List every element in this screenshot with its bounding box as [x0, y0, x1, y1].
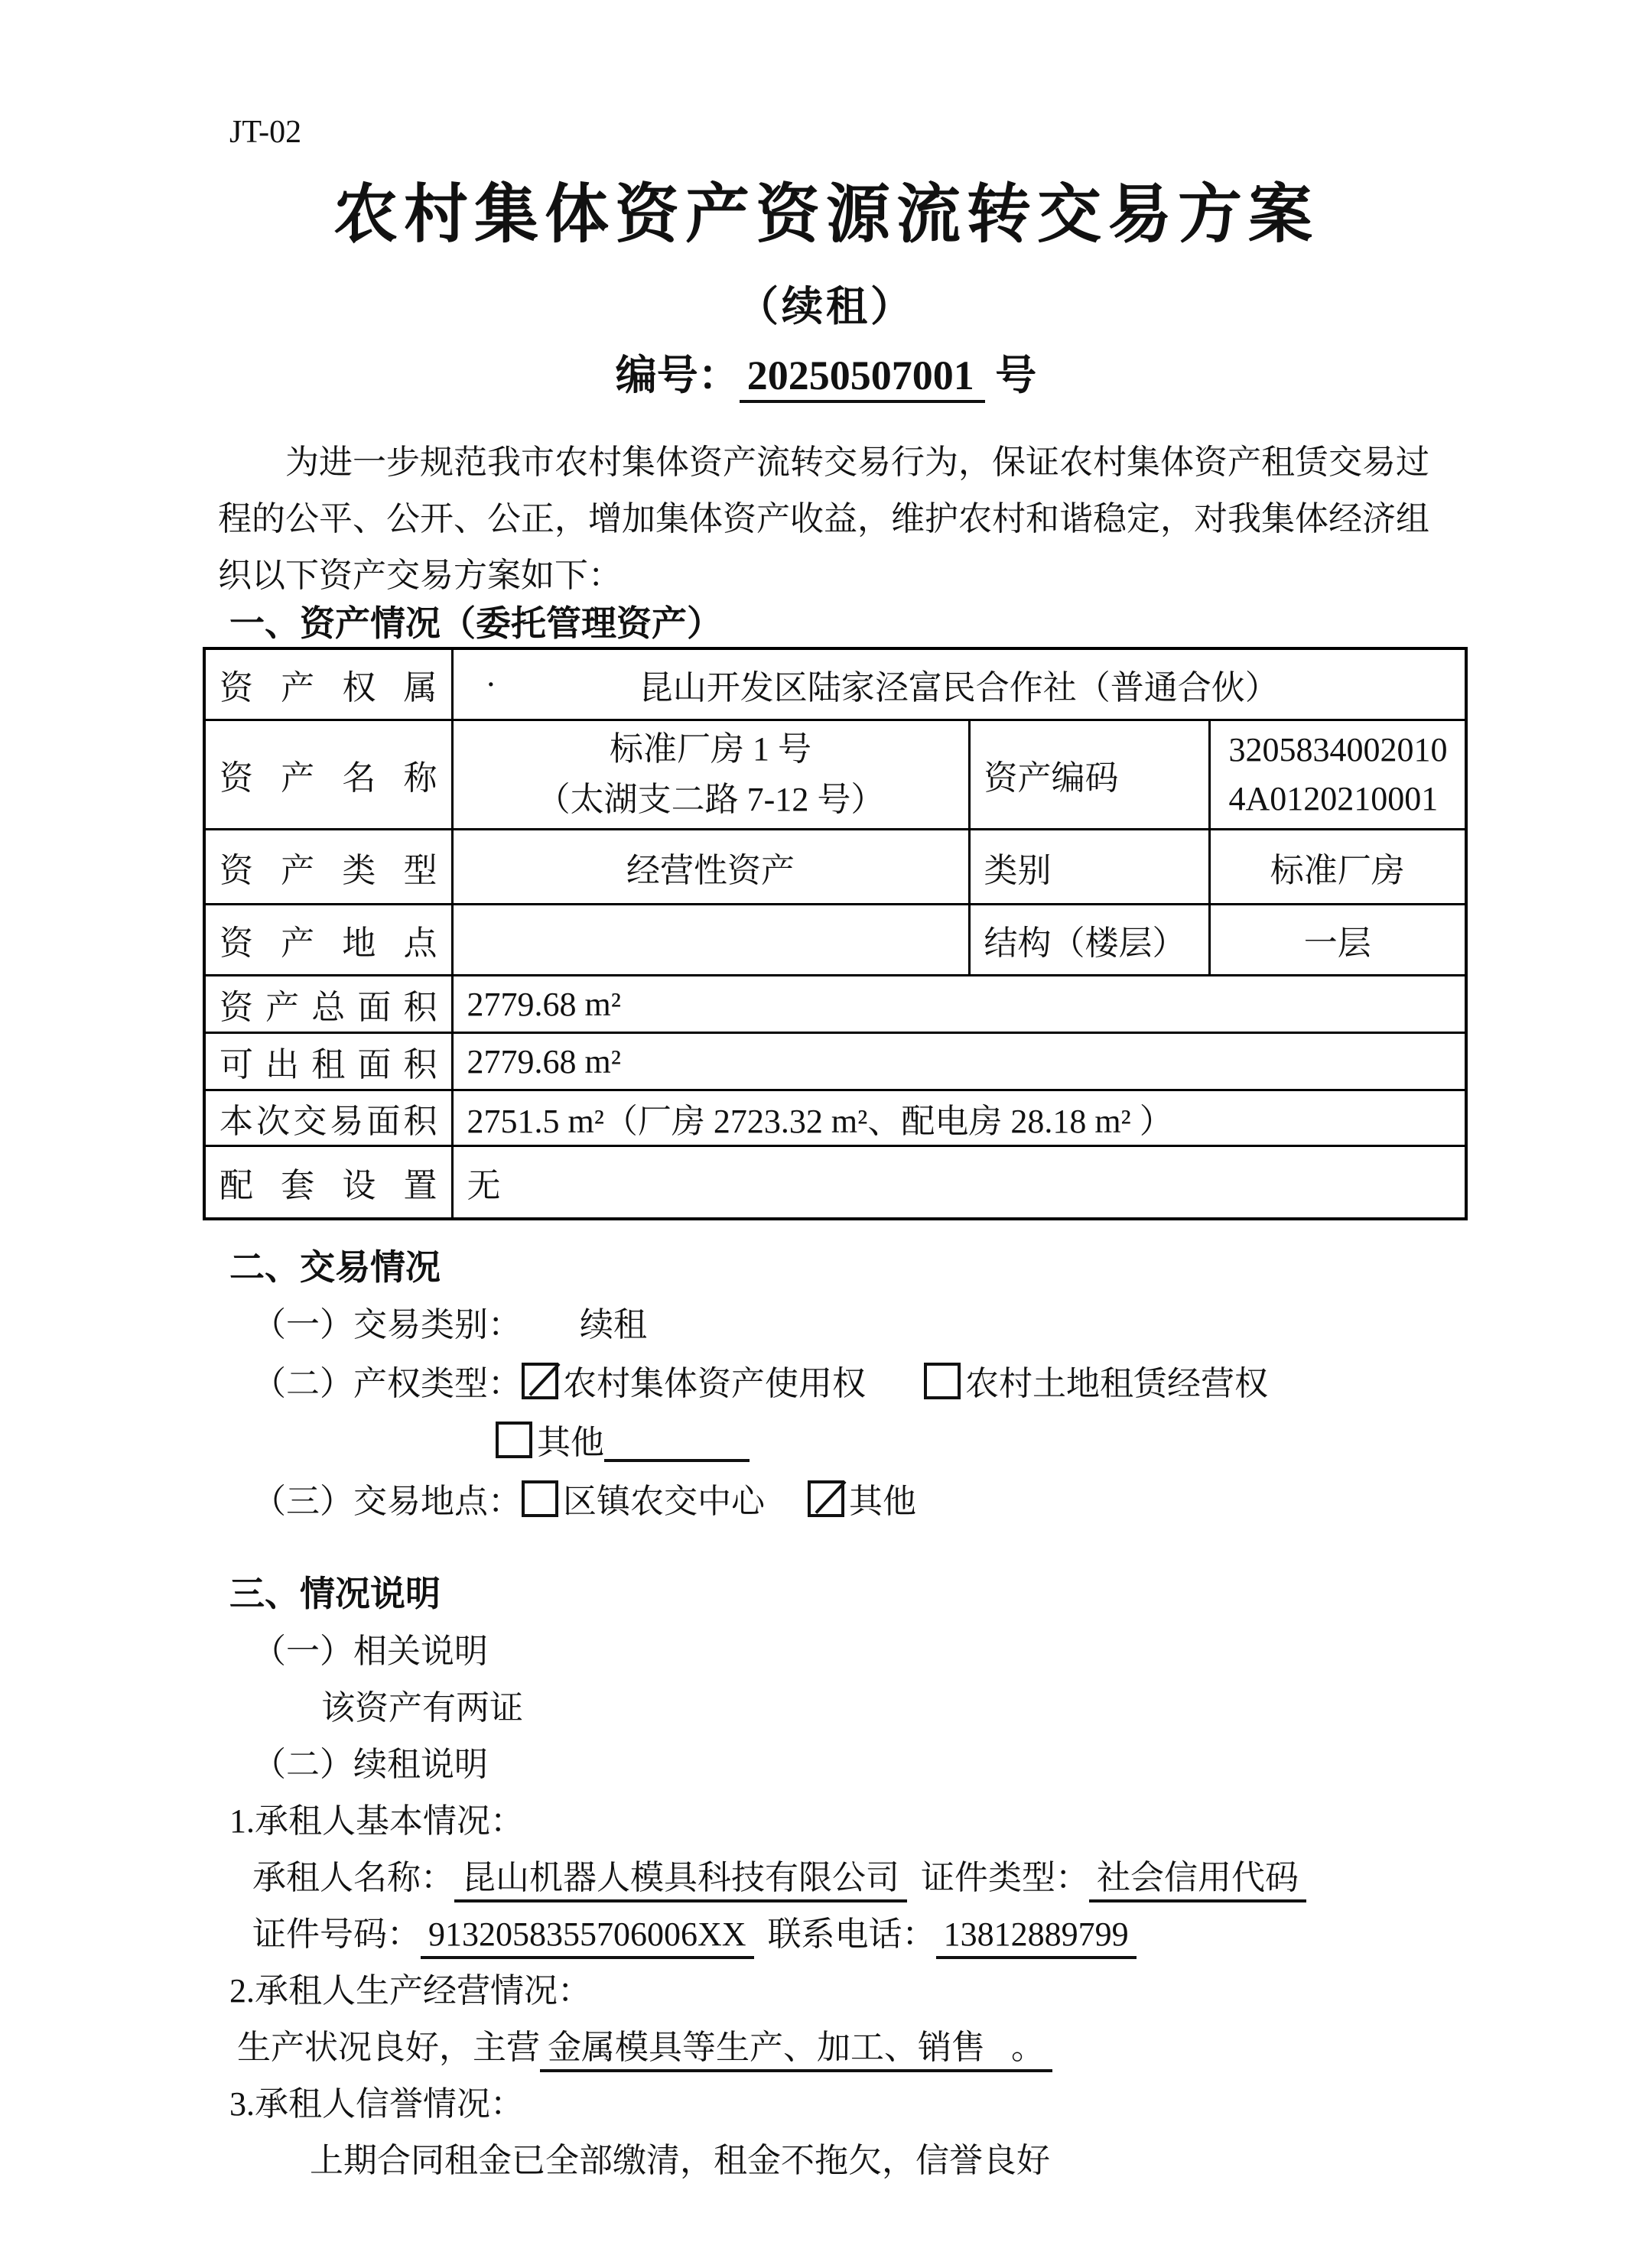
note-sub1: （一）相关说明	[252, 1633, 1652, 1671]
table-row-facilities: 配套设置 无	[204, 1146, 1466, 1220]
table-row-location-structure: 资产地点 结构（楼层） 一层	[204, 905, 1466, 976]
page-title: 农村集体资产资源流转交易方案	[0, 179, 1652, 252]
doc-number-suffix: 号	[995, 353, 1036, 398]
stray-dot-mark: ·	[486, 665, 497, 704]
cert-no-value: 9132058355706006XX	[421, 1915, 754, 1959]
section3-heading: 三、情况说明	[229, 1574, 1652, 1614]
asset-name-line2: （太湖支二路 7-12 号）	[467, 775, 954, 825]
deal-area-label: 本次交易面积	[204, 1090, 452, 1146]
asset-code-line2: 4A0120210001	[1224, 775, 1452, 824]
lessee-name-value: 昆山机器人模具科技有限公司	[454, 1859, 907, 1902]
production-line: 生产状况良好，主营金属模具等生产、加工、销售。	[237, 2029, 1652, 2067]
scanned-form-page: JT-02 农村集体资产资源流转交易方案 （续租） 编号：20250507001…	[0, 0, 1652, 2268]
lessee-production-heading: 2.承租人生产经营情况：	[229, 1972, 1652, 2010]
asset-name-value-cell: 标准厂房 1 号 （太湖支二路 7-12 号）	[452, 720, 969, 830]
asset-name-line1: 标准厂房 1 号	[467, 724, 954, 775]
checkbox-empty-icon	[496, 1422, 532, 1458]
lessee-name-line: 承租人名称：昆山机器人模具科技有限公司证件类型：社会信用代码	[252, 1859, 1652, 1897]
credit-line: 上期合同租金已全部缴清，租金不拖欠，信誉良好	[310, 2142, 1652, 2180]
ownership-value-cell: · 昆山开发区陆家泾富民合作社（普通合伙）	[452, 648, 1466, 720]
ownership-value: 昆山开发区陆家泾富民合作社（普通合伙）	[639, 669, 1279, 707]
rights-other-line: 其他	[496, 1422, 1652, 1462]
rights-type-line: （二）产权类型：农村集体资产使用权农村土地租赁经营权	[252, 1363, 1652, 1403]
deal-category-prefix: （一）交易类别：	[252, 1306, 522, 1344]
asset-type-label: 资产类型	[204, 830, 452, 905]
production-scope: 金属模具等生产、加工、销售	[548, 2029, 985, 2066]
lessee-name-label: 承租人名称：	[252, 1859, 454, 1896]
asset-table: 资产权属 · 昆山开发区陆家泾富民合作社（普通合伙） 资产名称 标准厂房 1 号…	[203, 647, 1468, 1220]
cert-type-value: 社会信用代码	[1089, 1859, 1306, 1902]
ownership-label: 资产权属	[204, 648, 452, 720]
rentable-area-value: 2779.68 m²	[452, 1033, 1466, 1090]
checkbox-checked-icon	[808, 1480, 844, 1517]
phone-label: 联系电话：	[768, 1915, 936, 1953]
page-subtitle: （续租）	[0, 281, 1652, 332]
asset-type-value: 经营性资产	[452, 830, 969, 905]
deal-category-value: 续租	[580, 1306, 647, 1344]
structure-value: 一层	[1209, 905, 1466, 976]
rentable-area-label: 可出租面积	[204, 1033, 452, 1090]
phone-value: 13812889799	[936, 1915, 1137, 1959]
intro-paragraph: 为进一步规范我市农村集体资产流转交易行为，保证农村集体资产租赁交易过 程的公平、…	[218, 434, 1480, 604]
doc-number-value: 20250507001	[740, 353, 985, 403]
checkbox-checked-icon	[522, 1363, 558, 1399]
lessee-credit-heading: 3.承租人信誉情况：	[229, 2085, 1652, 2123]
blank-underline	[604, 1425, 750, 1462]
category-value: 标准厂房	[1209, 830, 1466, 905]
section2-heading: 二、交易情况	[229, 1248, 1652, 1288]
doc-number-label: 编号：	[616, 353, 740, 398]
asset-code-value-cell: 3205834002010 4A0120210001	[1209, 720, 1466, 830]
production-suffix: 。	[1011, 2029, 1045, 2066]
form-code: JT-02	[229, 113, 1652, 151]
rights-option2: 农村土地租赁经营权	[965, 1365, 1268, 1402]
table-row-rentable-area: 可出租面积 2779.68 m²	[204, 1033, 1466, 1090]
venue-option2: 其他	[849, 1483, 916, 1520]
table-row-total-area: 资产总面积 2779.68 m²	[204, 976, 1466, 1033]
section1-heading: 一、资产情况（委托管理资产）	[229, 604, 1652, 644]
rights-option3: 其他	[537, 1424, 604, 1461]
rights-option1: 农村集体资产使用权	[563, 1365, 866, 1402]
asset-code-label: 资产编码	[969, 720, 1209, 830]
rights-prefix: （二）产权类型：	[252, 1365, 522, 1402]
production-underlined: 金属模具等生产、加工、销售。	[540, 2029, 1052, 2072]
total-area-value: 2779.68 m²	[452, 976, 1466, 1033]
asset-code-line1: 3205834002010	[1224, 726, 1452, 775]
cert-type-label: 证件类型：	[921, 1859, 1089, 1896]
asset-name-label: 资产名称	[204, 720, 452, 830]
intro-line: 织以下资产交易方案如下：	[218, 548, 1480, 604]
table-row-ownership: 资产权属 · 昆山开发区陆家泾富民合作社（普通合伙）	[204, 648, 1466, 720]
deal-category-line: （一）交易类别：续租	[252, 1306, 1652, 1344]
table-row-deal-area: 本次交易面积 2751.5 m²（厂房 2723.32 m²、配电房 28.18…	[204, 1090, 1466, 1146]
total-area-label: 资产总面积	[204, 976, 452, 1033]
category-label: 类别	[969, 830, 1209, 905]
table-row-name-code: 资产名称 标准厂房 1 号 （太湖支二路 7-12 号） 资产编码 320583…	[204, 720, 1466, 830]
intro-line: 为进一步规范我市农村集体资产流转交易行为，保证农村集体资产租赁交易过	[218, 434, 1480, 491]
checkbox-empty-icon	[924, 1363, 961, 1399]
checkbox-empty-icon	[522, 1480, 558, 1517]
venue-prefix: （三）交易地点：	[252, 1483, 522, 1520]
venue-option1: 区镇农交中心	[563, 1483, 765, 1520]
location-value	[452, 905, 969, 976]
note-text1: 该资产有两证	[321, 1689, 1652, 1727]
structure-label: 结构（楼层）	[969, 905, 1209, 976]
facilities-value: 无	[452, 1146, 1466, 1220]
doc-number-line: 编号：20250507001 号	[0, 349, 1652, 402]
lessee-cert-line: 证件号码：9132058355706006XX联系电话：13812889799	[252, 1915, 1652, 1954]
production-prefix: 生产状况良好，主营	[237, 2029, 540, 2066]
lessee-basic-heading: 1.承租人基本情况：	[229, 1802, 1652, 1841]
table-row-type-category: 资产类型 经营性资产 类别 标准厂房	[204, 830, 1466, 905]
cert-no-label: 证件号码：	[252, 1915, 421, 1953]
note-sub2: （二）续租说明	[252, 1746, 1652, 1784]
venue-line: （三）交易地点：区镇农交中心其他	[252, 1480, 1652, 1521]
deal-area-value: 2751.5 m²（厂房 2723.32 m²、配电房 28.18 m² ）	[452, 1090, 1466, 1146]
location-label: 资产地点	[204, 905, 452, 976]
facilities-label: 配套设置	[204, 1146, 452, 1220]
intro-line: 程的公平、公开、公正，增加集体资产收益，维护农村和谐稳定，对我集体经济组	[218, 491, 1480, 548]
